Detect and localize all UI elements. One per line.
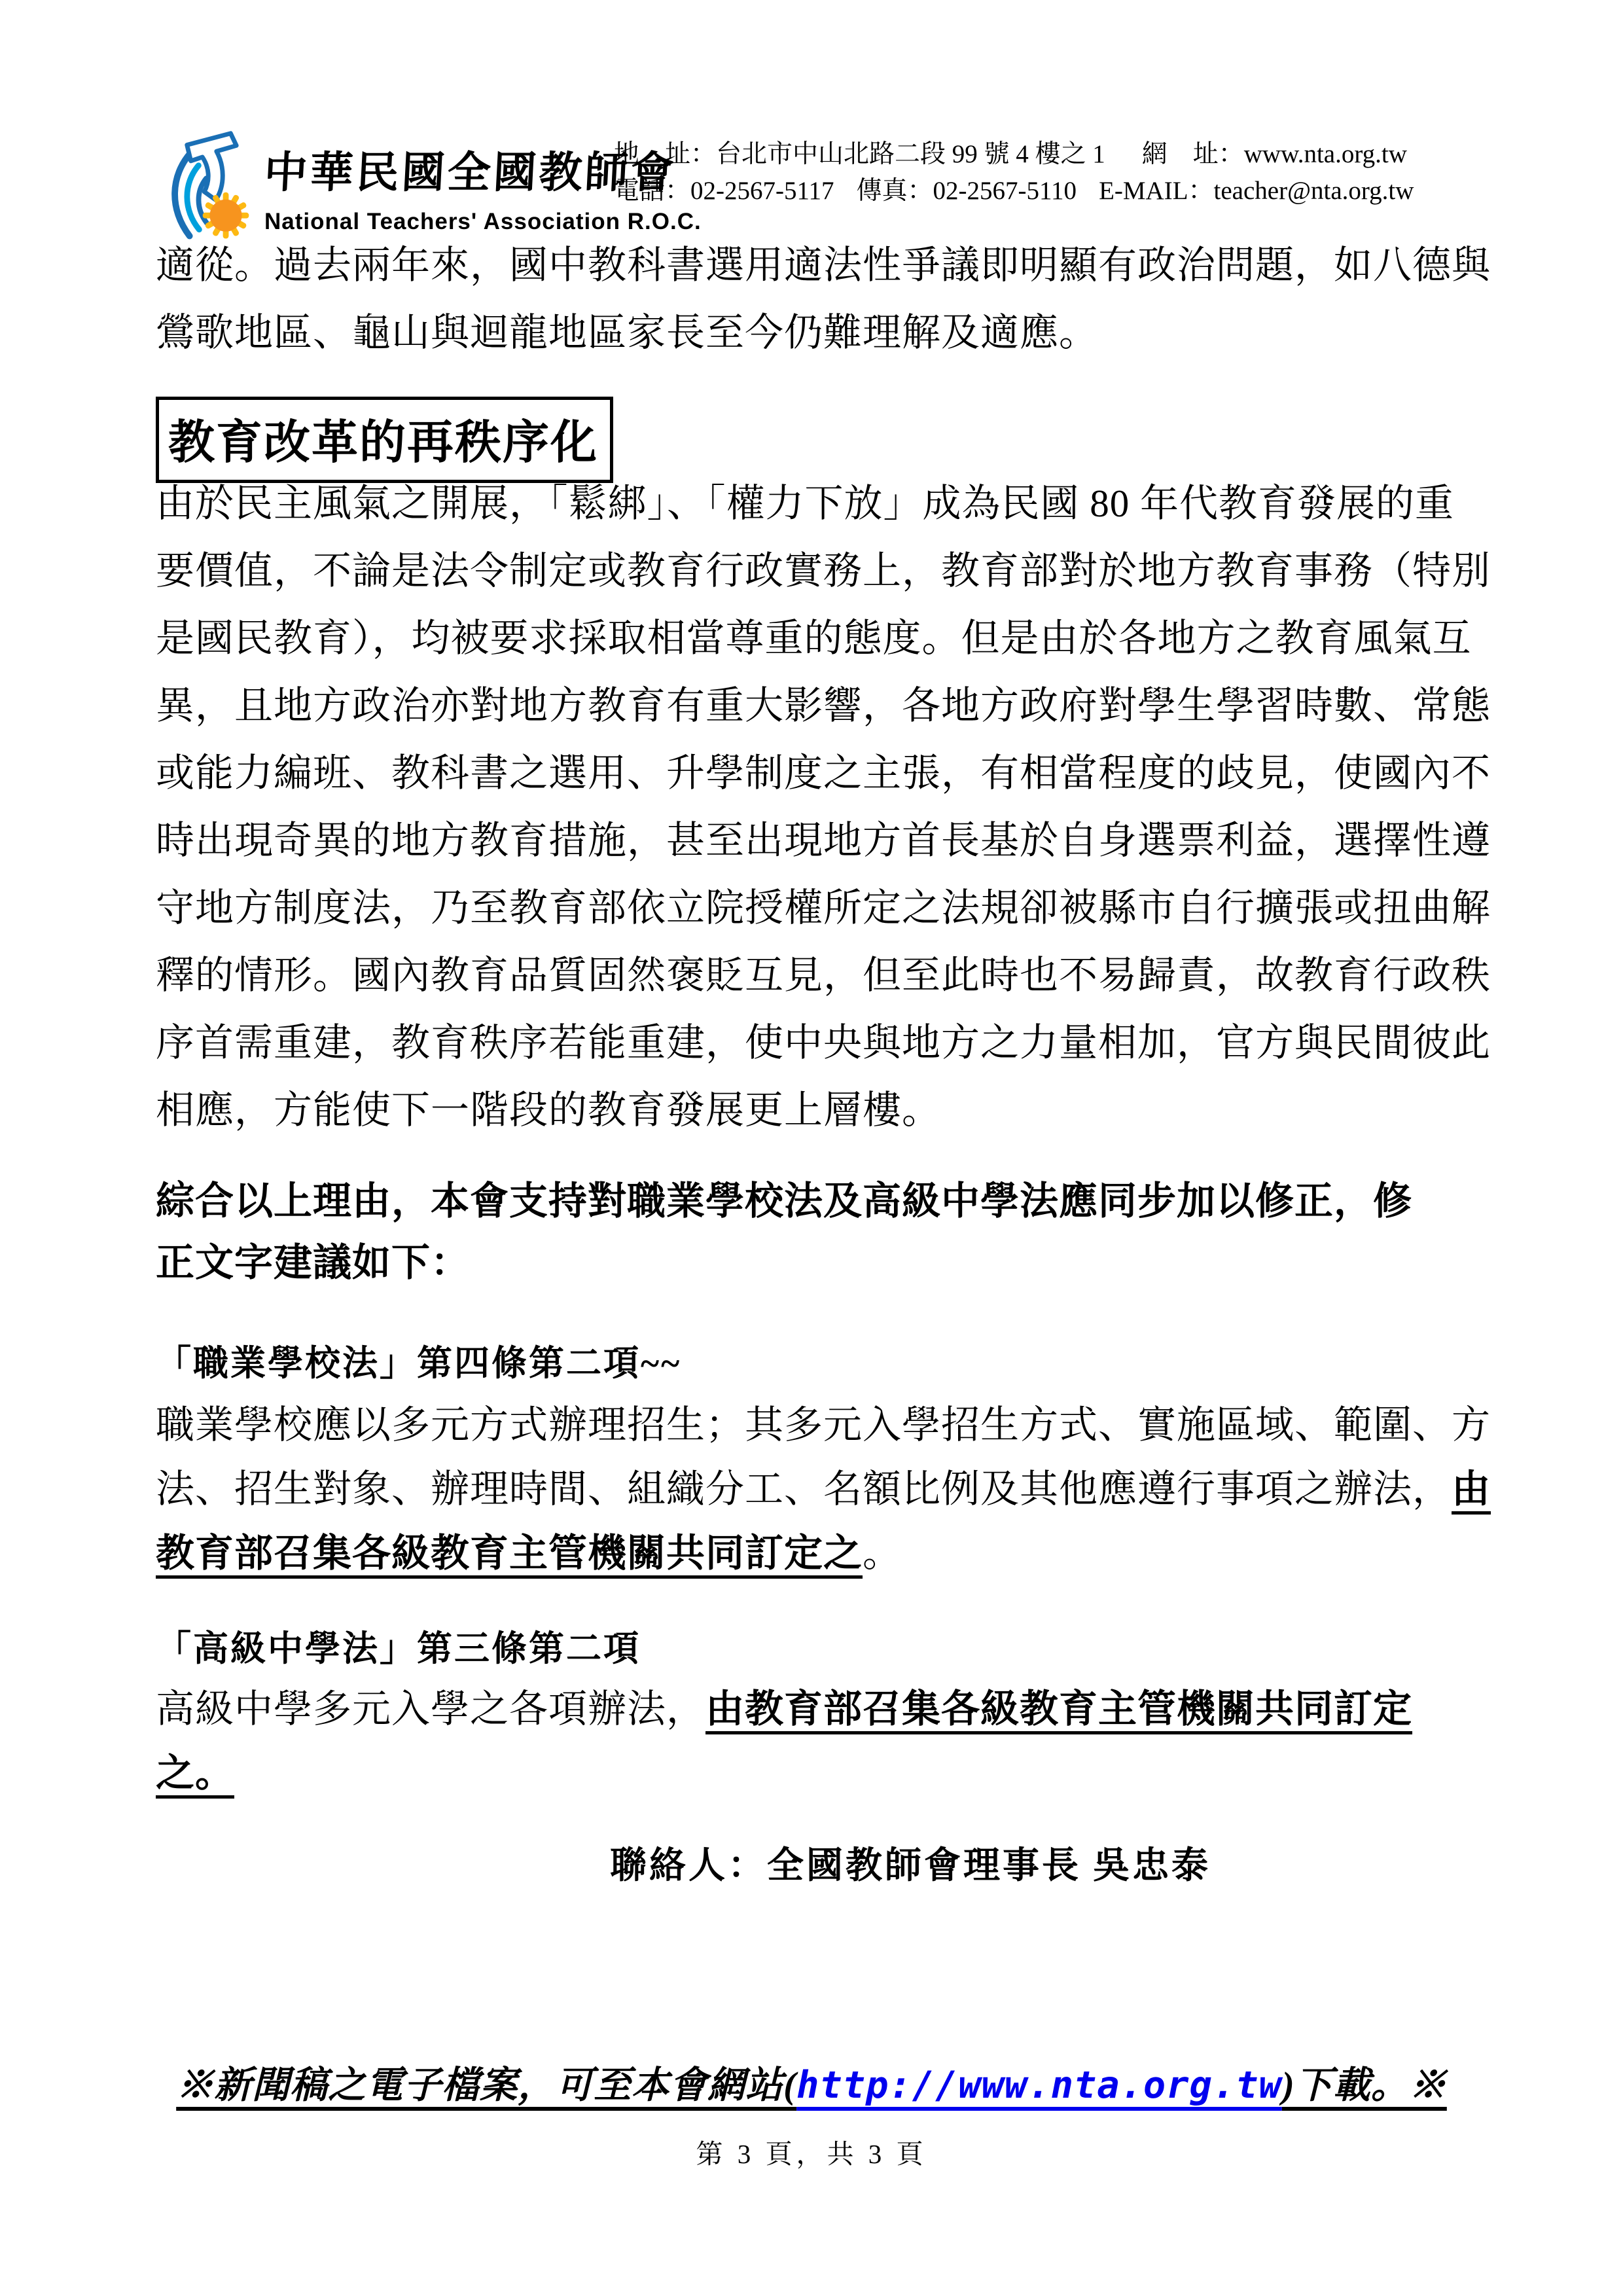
law1-line: 教育部召集各級教育主管機關共同訂定之。 bbox=[156, 1521, 1491, 1585]
footer-url-link[interactable]: http://www.nta.org.tw bbox=[796, 2064, 1282, 2107]
main-line: 時出現奇異的地方教育措施，甚至出現地方首長基於自身選票利益，選擇性遵 bbox=[156, 807, 1491, 874]
proposal-line: 綜合以上理由，本會支持對職業學校法及高級中學法應同步加以修正，修 bbox=[156, 1170, 1412, 1232]
law1-line3-emphasis: 教育部召集各級教育主管機關共同訂定之 bbox=[156, 1532, 863, 1575]
main-line: 或能力編班、教科書之選用、升學制度之主張，有相當程度的歧見，使國內不 bbox=[156, 740, 1491, 807]
law2-line1-emphasis: 由教育部召集各級教育主管機關共同訂定 bbox=[705, 1687, 1412, 1731]
law2-body: 高級中學多元入學之各項辦法，由教育部召集各級教育主管機關共同訂定 之。 bbox=[156, 1677, 1412, 1805]
proposal-line: 正文字建議如下： bbox=[156, 1232, 1412, 1293]
footer-note: ※新聞稿之電子檔案，可至本會網站(http://www.nta.org.tw)下… bbox=[0, 2055, 1623, 2109]
intro-paragraph: 適從。過去兩年來，國中教科書選用適法性爭議即明顯有政治問題，如八德與 鶯歌地區、… bbox=[156, 232, 1491, 367]
intro-line: 鶯歌地區、龜山與迴龍地區家長至今仍難理解及適應。 bbox=[156, 299, 1491, 367]
website-text: 網 址：www.nta.org.tw bbox=[1142, 136, 1407, 173]
law1-heading: 「職業學校法」第四條第二項~~ bbox=[156, 1335, 681, 1386]
contact-row-address: 地 址：台北市中山北路二段 99 號 4 樓之 1網 址：www.nta.org… bbox=[614, 136, 1414, 173]
main-line: 釋的情形。國內教育品質固然褒貶互見，但至此時也不易歸責，故教育行政秩 bbox=[156, 942, 1491, 1009]
document-page: 中華民國全國教師會 National Teachers' Association… bbox=[0, 0, 1623, 2296]
footer-suffix: )下載。※ bbox=[1282, 2065, 1447, 2106]
intro-line: 適從。過去兩年來，國中教科書選用適法性爭議即明顯有政治問題，如八德與 bbox=[156, 232, 1491, 299]
page-number: 第 3 頁，共 3 頁 bbox=[0, 2132, 1623, 2171]
law1-line: 職業學校應以多元方式辦理招生；其多元入學招生方式、實施區域、範圍、方 bbox=[156, 1393, 1491, 1457]
main-line: 異，且地方政治亦對地方教育有重大影響，各地方政府對學生學習時數、常態 bbox=[156, 672, 1491, 740]
law2-heading: 「高級中學法」第三條第二項 bbox=[156, 1621, 641, 1671]
contact-person-line: 聯絡人：全國教師會理事長 吳忠泰 bbox=[610, 1837, 1211, 1889]
fax-text: 傳真：02-2567-5110 bbox=[857, 173, 1077, 209]
contact-row-phone: 電話：02-2567-5117傳真：02-2567-5110E-MAIL：tea… bbox=[614, 173, 1414, 209]
proposal-paragraph: 綜合以上理由，本會支持對職業學校法及高級中學法應同步加以修正，修 正文字建議如下… bbox=[156, 1170, 1412, 1293]
law1-line3-tail: 。 bbox=[863, 1532, 902, 1575]
main-line: 是國民教育），均被要求採取相當尊重的態度。但是由於各地方之教育風氣互 bbox=[156, 605, 1491, 672]
main-line: 守地方制度法，乃至教育部依立院授權所定之法規卻被縣市自行擴張或扭曲解 bbox=[156, 874, 1491, 942]
address-text: 地 址：台北市中山北路二段 99 號 4 樓之 1 bbox=[614, 136, 1105, 173]
contact-info: 地 址：台北市中山北路二段 99 號 4 樓之 1網 址：www.nta.org… bbox=[614, 136, 1414, 209]
main-line: 序首需重建，教育秩序若能重建，使中央與地方之力量相加，官方與民間彼此 bbox=[156, 1009, 1491, 1077]
main-line: 要價值，不論是法令制定或教育行政實務上，教育部對於地方教育事務（特別 bbox=[156, 537, 1491, 605]
phone-text: 電話：02-2567-5117 bbox=[614, 173, 834, 209]
footer-prefix: ※新聞稿之電子檔案，可至本會網站( bbox=[176, 2065, 796, 2106]
law1-line: 法、招生對象、辦理時間、組織分工、名額比例及其他應遵行事項之辦法，由 bbox=[156, 1457, 1491, 1521]
law2-line2-emphasis: 之。 bbox=[156, 1751, 234, 1795]
main-line: 由於民主風氣之開展，「鬆綁」、「權力下放」成為民國 80 年代教育發展的重 bbox=[156, 470, 1491, 537]
main-line: 相應，方能使下一階段的教育發展更上層樓。 bbox=[156, 1077, 1491, 1144]
law2-line: 之。 bbox=[156, 1741, 1412, 1805]
law1-body: 職業學校應以多元方式辦理招生；其多元入學招生方式、實施區域、範圍、方 法、招生對… bbox=[156, 1393, 1491, 1585]
email-text: E-MAIL：teacher@nta.org.tw bbox=[1099, 173, 1414, 209]
law2-line: 高級中學多元入學之各項辦法，由教育部召集各級教育主管機關共同訂定 bbox=[156, 1677, 1412, 1741]
logo-english-name: National Teachers' Association R.O.C. bbox=[264, 209, 702, 235]
law1-line2-normal: 法、招生對象、辦理時間、組織分工、名額比例及其他應遵行事項之辦法， bbox=[156, 1467, 1452, 1511]
law1-line2-emphasis: 由 bbox=[1452, 1467, 1491, 1511]
law2-line1-normal: 高級中學多元入學之各項辦法， bbox=[156, 1687, 705, 1731]
main-paragraph: 由於民主風氣之開展，「鬆綁」、「權力下放」成為民國 80 年代教育發展的重 要價… bbox=[156, 470, 1491, 1144]
